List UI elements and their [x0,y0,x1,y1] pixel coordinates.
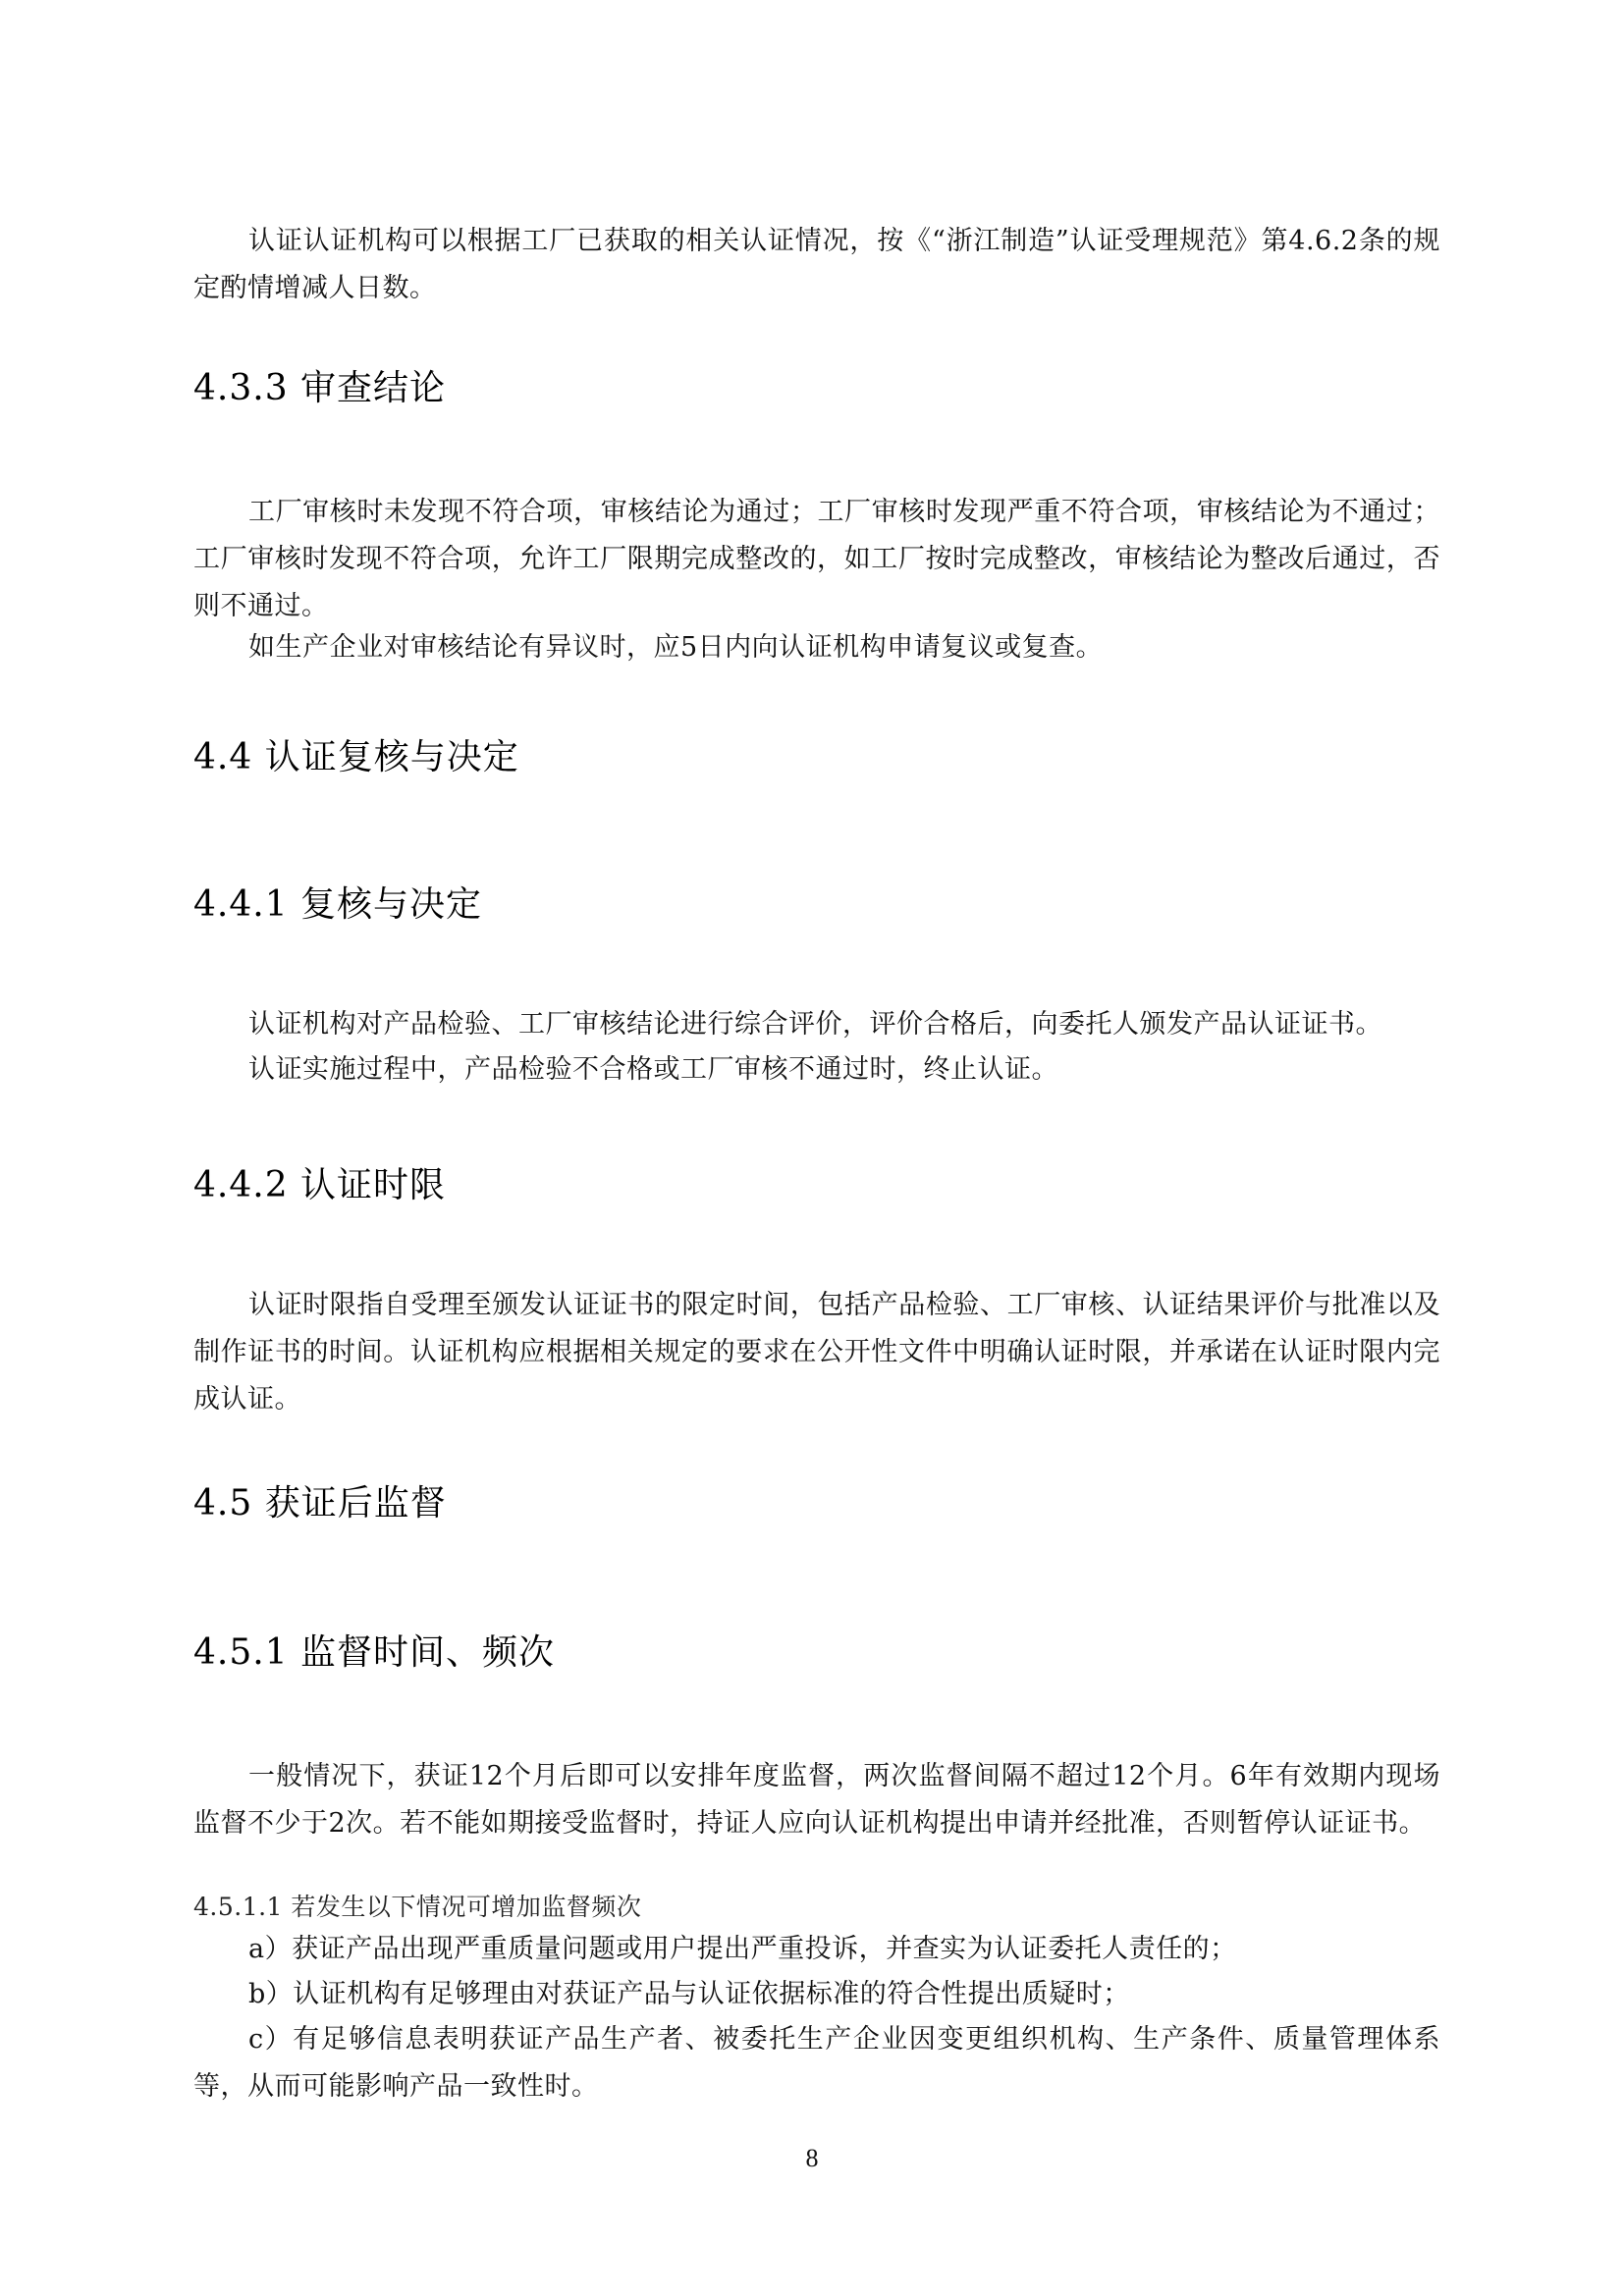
section-heading: 4.5.1 监督时间、频次 [193,1629,1440,1677]
paragraph-text: 认证认证机构可以根据工厂已获取的相关认证情况，按《“浙江制造”认证受理规范》第4… [193,218,1440,312]
paragraph-text: 工厂审核时未发现不符合项，审核结论为通过；工厂审核时发现严重不符合项，审核结论为… [193,489,1440,630]
list-item-text: a）获证产品出现严重质量问题或用户提出严重投诉，并查实为认证委托人责任的； [193,1926,1440,1973]
section-heading: 4.4.1 复核与决定 [193,881,1440,929]
paragraph-evaluation: 认证机构对产品检验、工厂审核结论进行综合评价，评价合格后，向委托人颁发产品认证证… [193,1001,1440,1048]
paragraph-text: 认证实施过程中，产品检验不合格或工厂审核不通过时，终止认证。 [193,1046,1440,1094]
heading-4-4-2: 4.4.2 认证时限 [193,1162,1440,1209]
paragraph-surveillance-frequency: 一般情况下，获证12个月后即可以安排年度监督，两次监督间隔不超过12个月。6年有… [193,1753,1440,1847]
heading-4-4-1: 4.4.1 复核与决定 [193,881,1440,929]
subsection-heading: 4.5.1.1 若发生以下情况可增加监督频次 [193,1885,1440,1930]
section-heading: 4.4.2 认证时限 [193,1162,1440,1209]
paragraph-text: 认证时限指自受理至颁发认证证书的限定时间，包括产品检验、工厂审核、认证结果评价与… [193,1282,1440,1423]
paragraph-audit-conclusion: 工厂审核时未发现不符合项，审核结论为通过；工厂审核时发现严重不符合项，审核结论为… [193,489,1440,630]
paragraph-objection: 如生产企业对审核结论有异议时，应5日内向认证机构申请复议或复查。 [193,624,1440,671]
paragraph-time-limit: 认证时限指自受理至颁发认证证书的限定时间，包括产品检验、工厂审核、认证结果评价与… [193,1282,1440,1423]
paragraph-text: 一般情况下，获证12个月后即可以安排年度监督，两次监督间隔不超过12个月。6年有… [193,1753,1440,1847]
heading-4-5: 4.5 获证后监督 [193,1480,1440,1527]
paragraph-text: 如生产企业对审核结论有异议时，应5日内向认证机构申请复议或复查。 [193,624,1440,671]
paragraph-termination: 认证实施过程中，产品检验不合格或工厂审核不通过时，终止认证。 [193,1046,1440,1094]
list-item-text: c）有足够信息表明获证产品生产者、被委托生产企业因变更组织机构、生产条件、质量管… [193,2016,1440,2110]
page-number: 8 [0,2144,1624,2173]
paragraph-text: 认证机构对产品检验、工厂审核结论进行综合评价，评价合格后，向委托人颁发产品认证证… [193,1001,1440,1048]
section-heading: 4.5 获证后监督 [193,1480,1440,1527]
subheading-4-5-1-1: 4.5.1.1 若发生以下情况可增加监督频次 [193,1885,1440,1930]
section-heading: 4.4 认证复核与决定 [193,734,1440,781]
heading-4-5-1: 4.5.1 监督时间、频次 [193,1629,1440,1677]
list-item-text: b）认证机构有足够理由对获证产品与认证依据标准的符合性提出质疑时； [193,1971,1440,2018]
list-item-c: c）有足够信息表明获证产品生产者、被委托生产企业因变更组织机构、生产条件、质量管… [193,2016,1440,2110]
heading-4-3-3: 4.3.3 审查结论 [193,365,1440,412]
heading-4-4: 4.4 认证复核与决定 [193,734,1440,781]
list-item-b: b）认证机构有足够理由对获证产品与认证依据标准的符合性提出质疑时； [193,1971,1440,2018]
paragraph-person-days: 认证认证机构可以根据工厂已获取的相关认证情况，按《“浙江制造”认证受理规范》第4… [193,218,1440,312]
section-heading: 4.3.3 审查结论 [193,365,1440,412]
list-item-a: a）获证产品出现严重质量问题或用户提出严重投诉，并查实为认证委托人责任的； [193,1926,1440,1973]
